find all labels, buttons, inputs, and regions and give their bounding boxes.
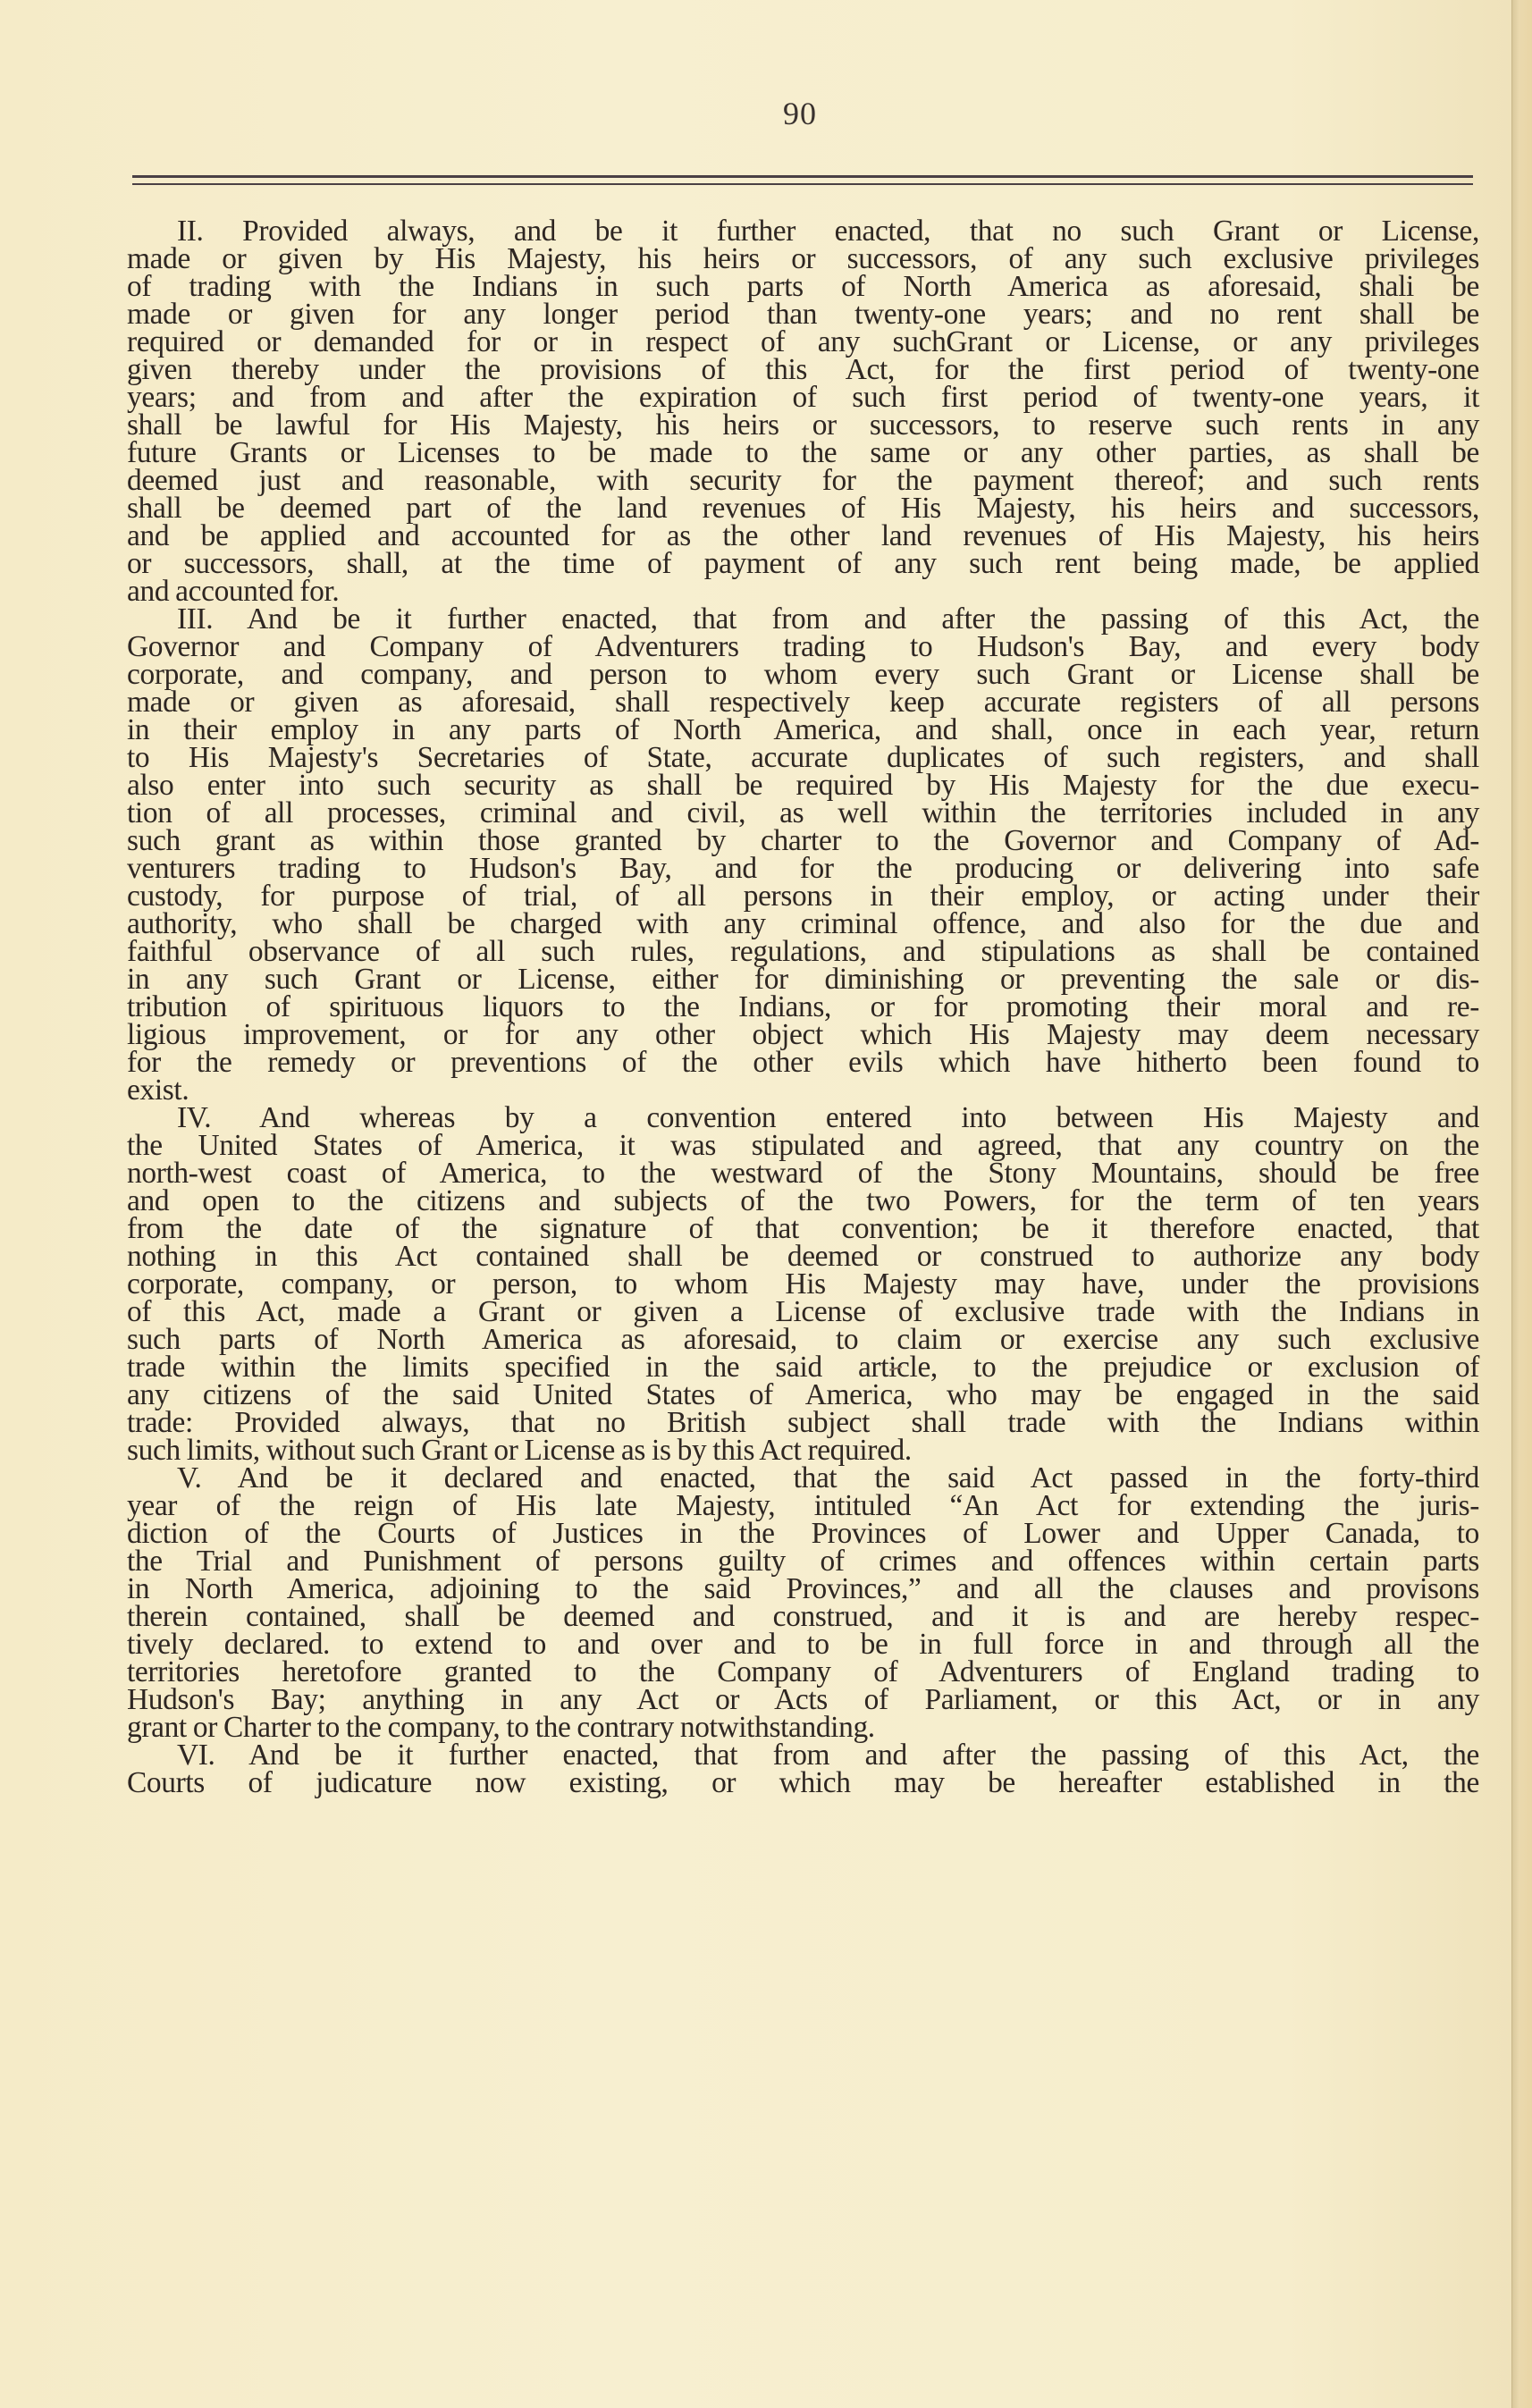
text-line: II. Provided always, and be it further e… (127, 217, 1479, 245)
section-iii: III. And be it further enacted, that fro… (127, 605, 1479, 1104)
text-line: required or demanded for or in respect o… (127, 328, 1479, 356)
header-double-rule (132, 175, 1473, 186)
rule-line-bottom (132, 183, 1473, 185)
text-line: Hudson's Bay; anything in any Act or Act… (127, 1686, 1479, 1713)
text-line: made or given as aforesaid, shall respec… (127, 688, 1479, 716)
page-number: 90 (0, 95, 1532, 132)
text-line: venturers trading to Hudson's Bay, and f… (127, 855, 1479, 882)
text-line: of trading with the Indians in such part… (127, 273, 1479, 300)
text-line: trade within the limits specified in the… (127, 1353, 1479, 1381)
text-line: to His Majesty's Secretaries of State, a… (127, 744, 1479, 771)
text-line: such parts of North America as aforesaid… (127, 1326, 1479, 1353)
text-line: years; and from and after the expiration… (127, 383, 1479, 411)
text-line: or successors, shall, at the time of pay… (127, 550, 1479, 577)
text-line: of this Act, made a Grant or given a Lic… (127, 1298, 1479, 1326)
text-line: and be applied and accounted for as the … (127, 522, 1479, 550)
text-line: Governor and Company of Adventurers trad… (127, 633, 1479, 661)
text-line: therein contained, shall be deemed and c… (127, 1603, 1479, 1630)
text-line: year of the reign of His late Majesty, i… (127, 1492, 1479, 1520)
text-line: in any such Grant or License, either for… (127, 965, 1479, 993)
text-line: and accounted for. (127, 577, 1479, 605)
section-v: V. And be it declared and enacted, that … (127, 1464, 1479, 1741)
text-line: tion of all processes, criminal and civi… (127, 799, 1479, 827)
text-line: territories heretofore granted to the Co… (127, 1658, 1479, 1686)
section-iv: IV. And whereas by a convention entered … (127, 1104, 1479, 1464)
text-line: corporate, company, or person, to whom H… (127, 1270, 1479, 1298)
document-page: 90 II. Provided always, and be it furthe… (0, 0, 1512, 2408)
text-line: shall be lawful for His Majesty, his hei… (127, 411, 1479, 439)
section-ii: II. Provided always, and be it further e… (127, 217, 1479, 605)
text-line: VI. And be it further enacted, that from… (127, 1741, 1479, 1769)
text-line: deemed just and reasonable, with securit… (127, 467, 1479, 494)
text-line: future Grants or Licenses to be made to … (127, 439, 1479, 467)
text-line: the United States of America, it was sti… (127, 1132, 1479, 1159)
text-line: given thereby under the provisions of th… (127, 356, 1479, 383)
text-line: ligious improvement, or for any other ob… (127, 1021, 1479, 1048)
text-line: north-west coast of America, to the west… (127, 1159, 1479, 1187)
text-line: IV. And whereas by a convention entered … (127, 1104, 1479, 1132)
text-line: authority, who shall be charged with any… (127, 910, 1479, 938)
text-line: any citizens of the said United States o… (127, 1381, 1479, 1409)
text-line: also enter into such security as shall b… (127, 771, 1479, 799)
text-line: the Trial and Punishment of persons guil… (127, 1547, 1479, 1575)
text-line: and open to the citizens and subjects of… (127, 1187, 1479, 1215)
text-line: faithful observance of all such rules, r… (127, 938, 1479, 965)
text-line: such limits, without such Grant or Licen… (127, 1436, 1479, 1464)
text-line: III. And be it further enacted, that fro… (127, 605, 1479, 633)
text-line: shall be deemed part of the land revenue… (127, 494, 1479, 522)
text-line: tribution of spirituous liquors to the I… (127, 993, 1479, 1021)
text-line: exist. (127, 1076, 1479, 1104)
text-line: tively declared. to extend to and over a… (127, 1630, 1479, 1658)
text-line: grant or Charter to the company, to the … (127, 1713, 1479, 1741)
text-line: in North America, adjoining to the said … (127, 1575, 1479, 1603)
text-line: diction of the Courts of Justices in the… (127, 1520, 1479, 1547)
section-vi: VI. And be it further enacted, that from… (127, 1741, 1479, 1797)
text-line: made or given for any longer period than… (127, 300, 1479, 328)
page-edge-binding (1511, 0, 1532, 2408)
text-line: in their employ in any parts of North Am… (127, 716, 1479, 744)
body-text: II. Provided always, and be it further e… (127, 217, 1479, 1797)
text-line: V. And be it declared and enacted, that … (127, 1464, 1479, 1492)
text-line: for the remedy or preventions of the oth… (127, 1048, 1479, 1076)
text-line: corporate, and company, and person to wh… (127, 661, 1479, 688)
text-line: custody, for purpose of trial, of all pe… (127, 882, 1479, 910)
text-line: such grant as within those granted by ch… (127, 827, 1479, 855)
text-line: nothing in this Act contained shall be d… (127, 1242, 1479, 1270)
rule-line-top (132, 175, 1473, 178)
text-line: Courts of judicature now existing, or wh… (127, 1769, 1479, 1797)
text-line: made or given by His Majesty, his heirs … (127, 245, 1479, 273)
text-line: from the date of the signature of that c… (127, 1215, 1479, 1242)
text-line: trade: Provided always, that no British … (127, 1409, 1479, 1436)
